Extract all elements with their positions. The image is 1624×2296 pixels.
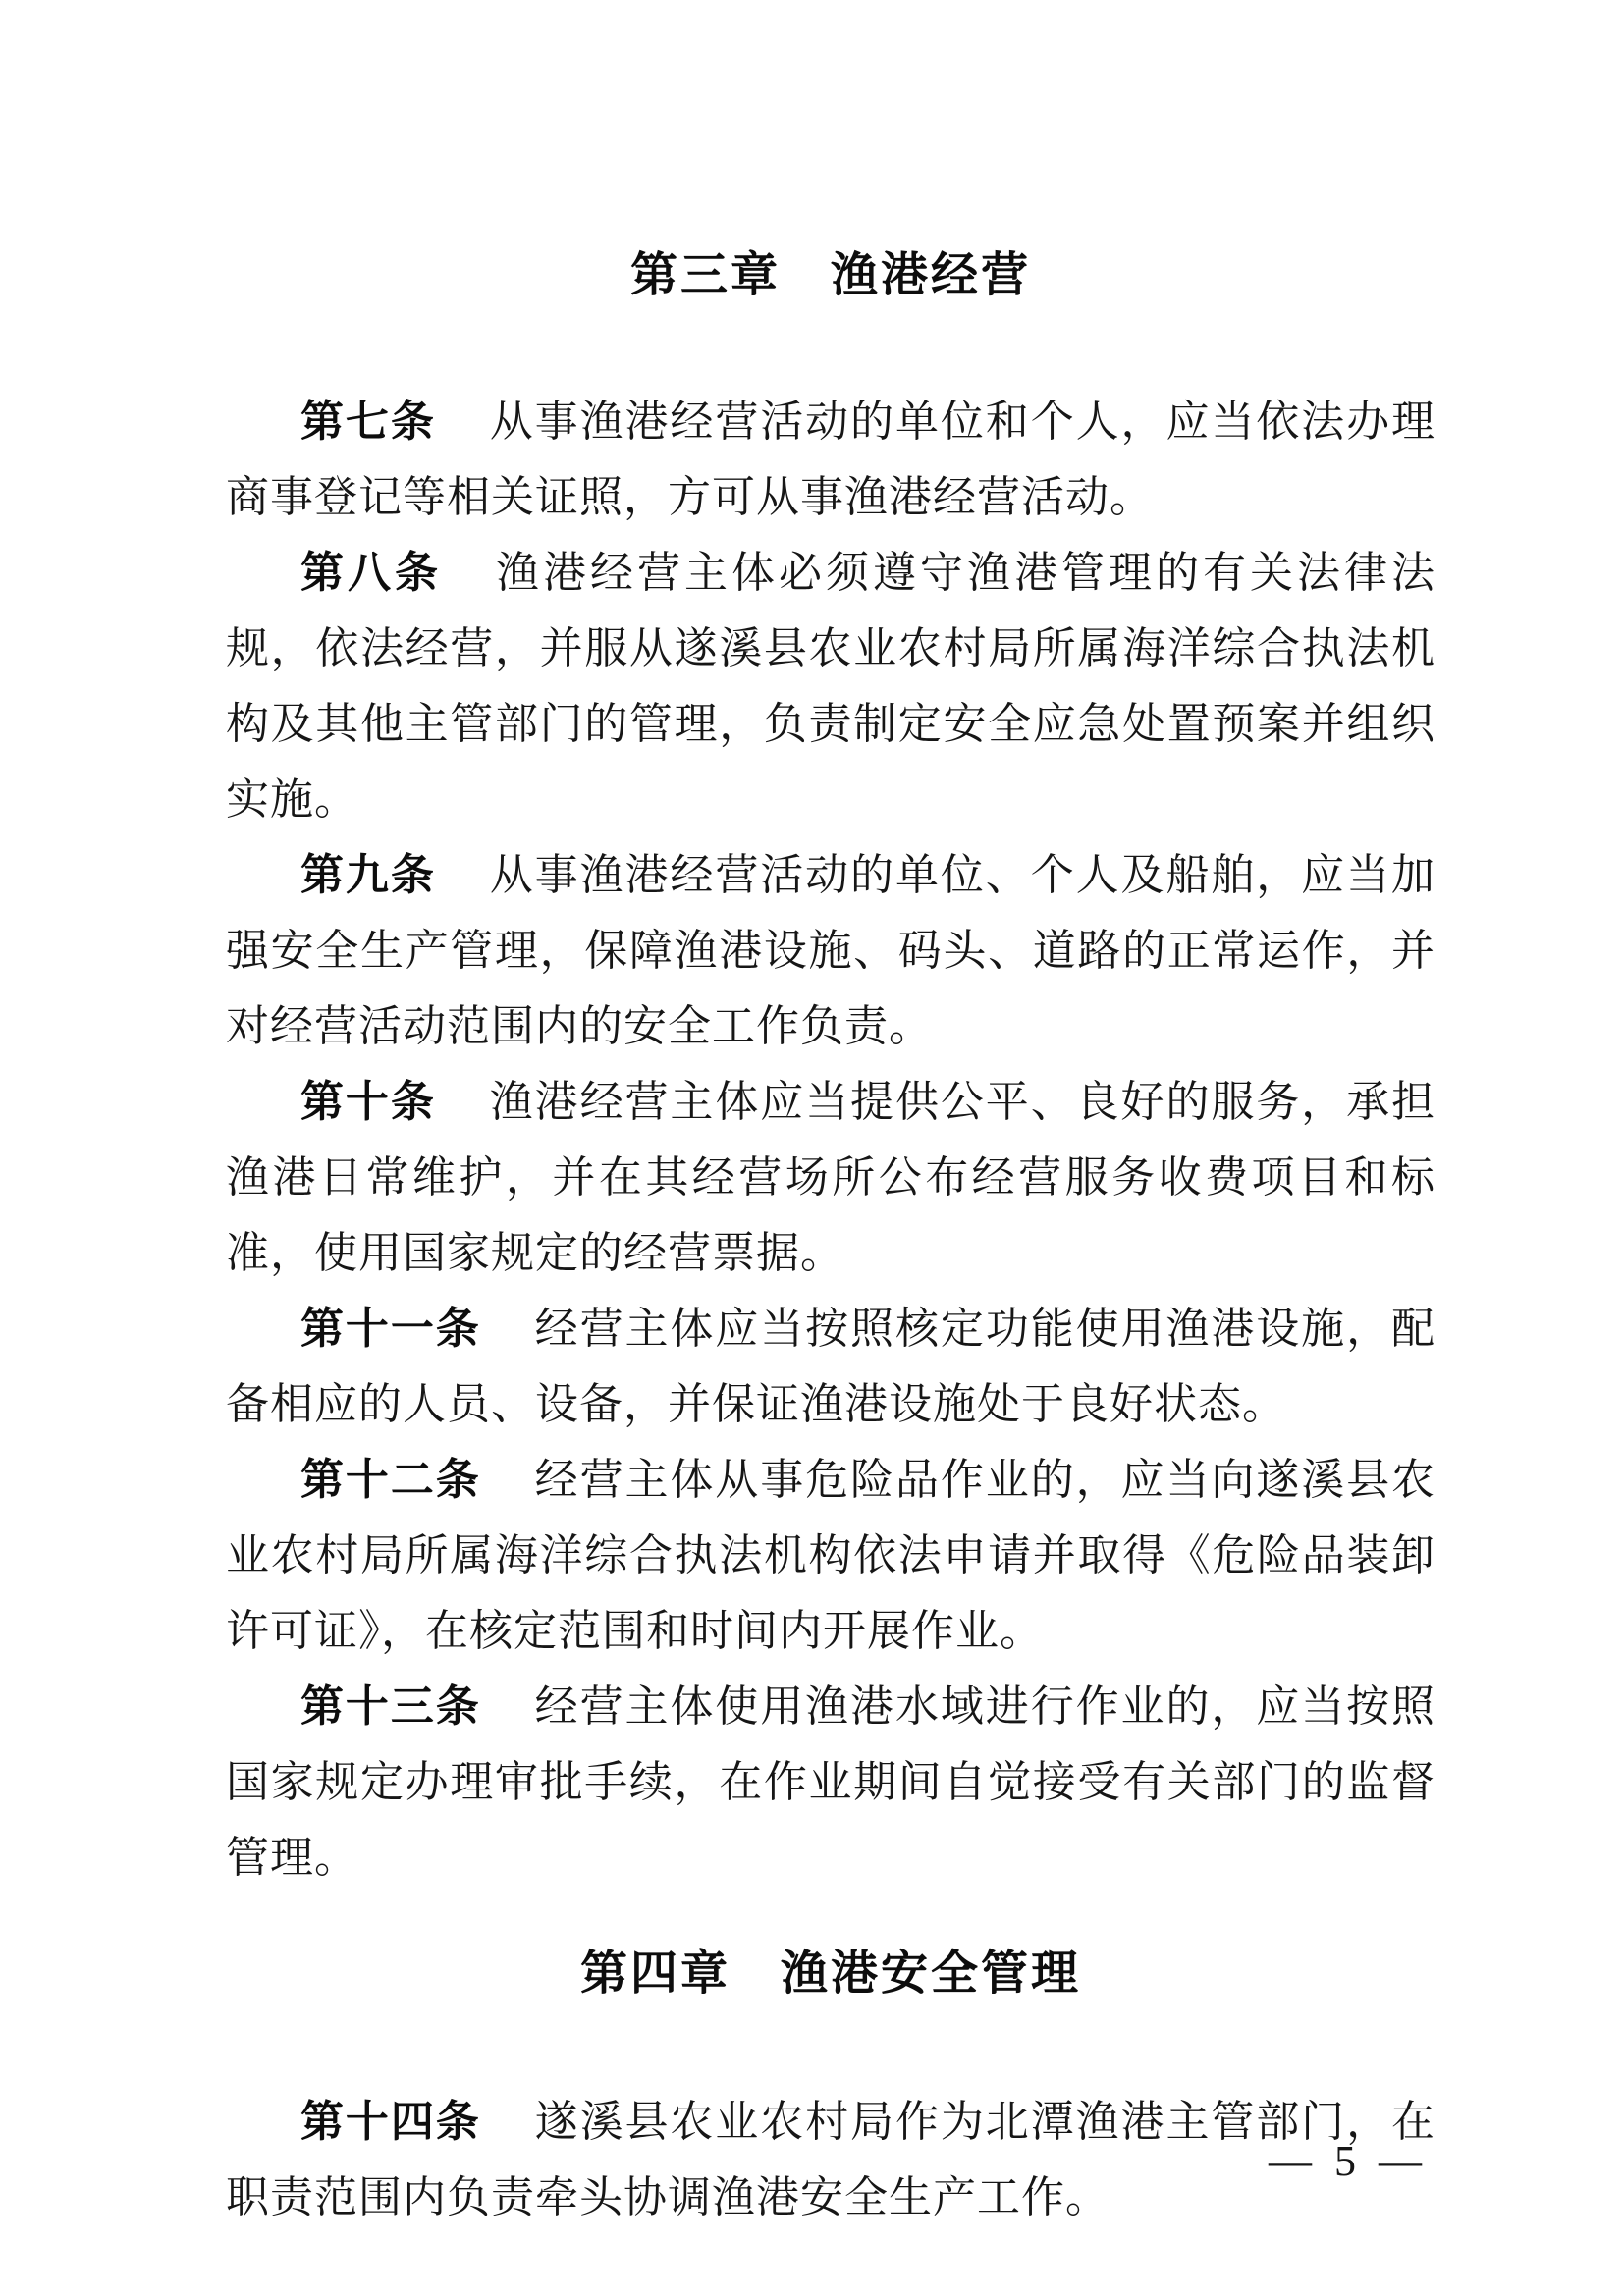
article-7: 第七条从事渔港经营活动的单位和个人，应当依法办理商事登记等相关证照，方可从事渔港… — [226, 384, 1435, 535]
article-14-label: 第十四条 — [300, 2098, 481, 2146]
page-number: — 5 — — [1269, 2136, 1428, 2186]
article-11: 第十一条经营主体应当按照核定功能使用渔港设施，配备相应的人员、设备，并保证渔港设… — [226, 1291, 1435, 1442]
article-13-label: 第十三条 — [300, 1682, 481, 1731]
document-page: 第三章 渔港经营 第七条从事渔港经营活动的单位和个人，应当依法办理商事登记等相关… — [0, 0, 1624, 2296]
article-7-label: 第七条 — [300, 398, 436, 446]
chapter-3-heading: 第三章 渔港经营 — [226, 250, 1435, 301]
article-11-label: 第十一条 — [300, 1305, 481, 1353]
document-content: 第三章 渔港经营 第七条从事渔港经营活动的单位和个人，应当依法办理商事登记等相关… — [226, 0, 1435, 2235]
article-8-label: 第八条 — [300, 549, 442, 597]
article-14: 第十四条遂溪县农业农村局作为北潭渔港主管部门，在职责范围内负责牵头协调渔港安全生… — [226, 2084, 1435, 2235]
article-10-label: 第十条 — [300, 1078, 436, 1126]
chapter-4-heading: 第四章 渔港安全管理 — [226, 1949, 1435, 2000]
article-8: 第八条渔港经营主体必须遵守渔港管理的有关法律法规，依法经营，并服从遂溪县农业农村… — [226, 535, 1435, 837]
article-12-label: 第十二条 — [300, 1456, 481, 1504]
article-9: 第九条从事渔港经营活动的单位、个人及船舶，应当加强安全生产管理，保障渔港设施、码… — [226, 837, 1435, 1064]
article-9-label: 第九条 — [300, 851, 436, 899]
article-10: 第十条渔港经营主体应当提供公平、良好的服务，承担渔港日常维护，并在其经营场所公布… — [226, 1064, 1435, 1291]
article-13: 第十三条经营主体使用渔港水域进行作业的，应当按照国家规定办理审批手续，在作业期间… — [226, 1669, 1435, 1896]
article-12: 第十二条经营主体从事危险品作业的，应当向遂溪县农业农村局所属海洋综合执法机构依法… — [226, 1442, 1435, 1669]
